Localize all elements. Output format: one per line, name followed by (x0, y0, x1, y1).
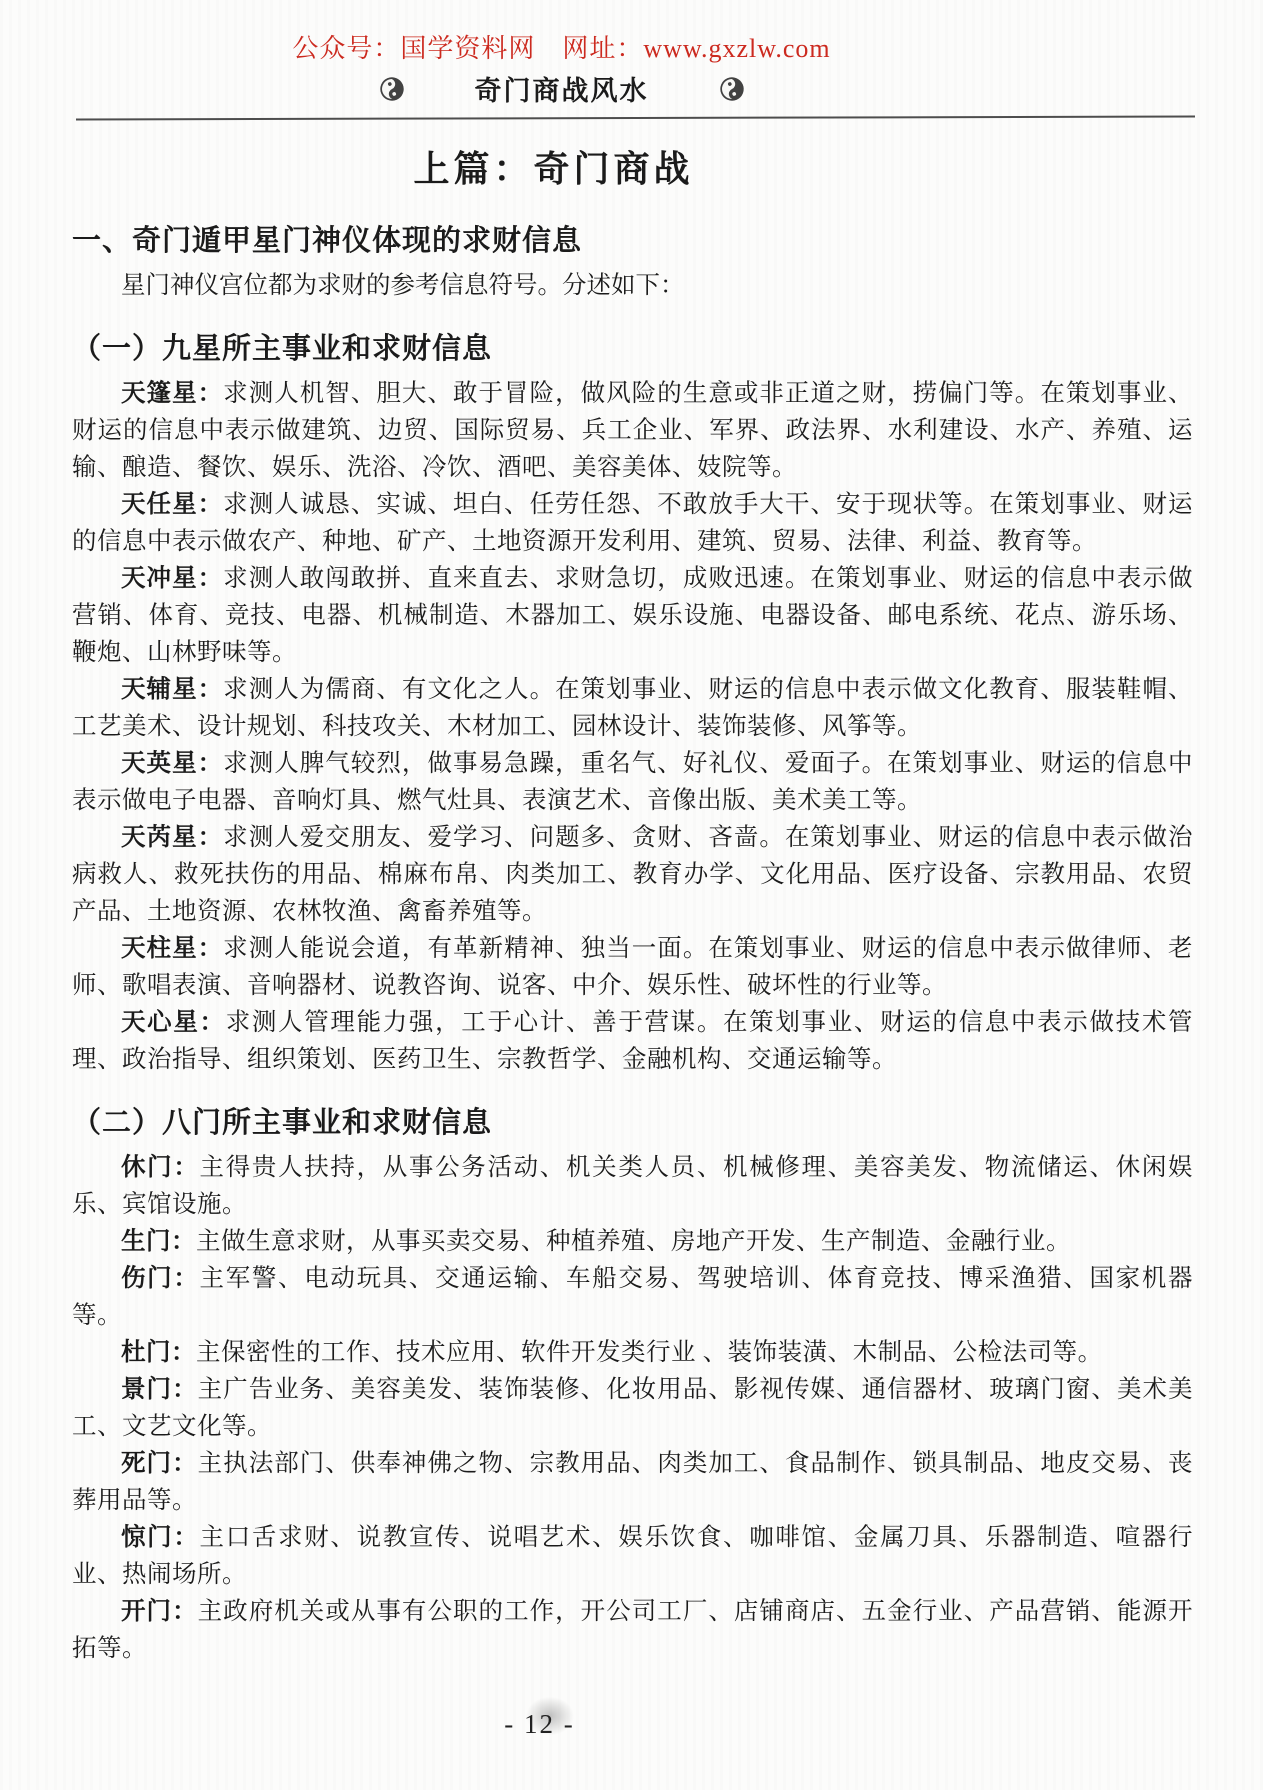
door-entry-term: 杜门： (121, 1339, 196, 1366)
star-entry-text: 求测人管理能力强，工于心计、善于营谋。在策划事业、财运的信息中表示做技术管理、政… (72, 1009, 1193, 1073)
star-entry-paragraph: 天辅星：求测人为儒商、有文化之人。在策划事业、财运的信息中表示做文化教育、服装鞋… (72, 671, 1193, 745)
door-entry-term: 休门： (121, 1154, 200, 1181)
door-entry-text: 主执法部门、供奉神佛之物、宗教用品、肉类加工、食品制作、锁具制品、地皮交易、丧葬… (72, 1450, 1193, 1514)
door-entry-text: 主军警、电动玩具、交通运输、车船交易、驾驶培训、体育竞技、博采渔猎、国家机器等。 (72, 1265, 1193, 1329)
star-entry-term: 天心星： (121, 1009, 226, 1036)
star-entry-text: 求测人为儒商、有文化之人。在策划事业、财运的信息中表示做文化教育、服装鞋帽、工艺… (72, 676, 1193, 740)
star-entry-term: 天任星： (121, 491, 223, 518)
door-entry-paragraph: 死门：主执法部门、供奉神佛之物、宗教用品、肉类加工、食品制作、锁具制品、地皮交易… (72, 1445, 1193, 1519)
star-entry-term: 天篷星： (121, 380, 223, 407)
subsection-doors-heading: （二）八门所主事业和求财信息 (72, 1100, 1193, 1141)
door-entry-paragraph: 生门：主做生意求财，从事买卖交易、种植养殖、房地产开发、生产制造、金融行业。 (72, 1223, 1193, 1260)
star-entry-term: 天芮星： (121, 824, 223, 851)
section-1-heading: 一、奇门遁甲星门神仪体现的求财信息 (72, 218, 1193, 259)
door-entry-text: 主政府机关或从事有公职的工作，开公司工厂、店铺商店、五金行业、产品营销、能源开拓… (72, 1598, 1193, 1662)
header-divider (76, 116, 1195, 121)
document-page: 公众号：国学资料网 网址：www.gxzlw.com 奇门商战风水 上篇：奇门商… (0, 0, 1263, 1790)
door-entry-paragraph: 开门：主政府机关或从事有公职的工作，开公司工厂、店铺商店、五金行业、产品营销、能… (72, 1593, 1193, 1667)
door-entry-text: 主得贵人扶持，从事公务活动、机关类人员、机械修理、美容美发、物流储运、休闲娱乐、… (72, 1154, 1193, 1218)
star-entries: 天篷星：求测人机智、胆大、敢于冒险，做风险的生意或非正道之财，捞偏门等。在策划事… (72, 375, 1193, 1078)
star-entry-text: 求测人爱交朋友、爱学习、问题多、贪财、吝啬。在策划事业、财运的信息中表示做治病救… (72, 824, 1193, 925)
door-entry-paragraph: 杜门：主保密性的工作、技术应用、软件开发类行业 、装饰装潢、木制品、公检法司等。 (72, 1334, 1193, 1371)
door-entry-term: 惊门： (121, 1524, 200, 1551)
star-entry-term: 天辅星： (121, 676, 223, 703)
page-content: 一、奇门遁甲星门神仪体现的求财信息 星门神仪宫位都为求财的参考信息符号。分述如下… (0, 218, 1263, 1667)
door-entry-term: 生门： (121, 1228, 196, 1255)
page-footer: - 12 - (0, 1709, 1171, 1740)
yinyang-icon-right (719, 76, 745, 102)
subsection-stars-heading: （一）九星所主事业和求财信息 (72, 326, 1193, 367)
door-entries: 休门：主得贵人扶持，从事公务活动、机关类人员、机械修理、美容美发、物流储运、休闲… (72, 1149, 1193, 1667)
door-entry-term: 伤门： (121, 1265, 200, 1292)
section-intro: 星门神仪宫位都为求财的参考信息符号。分述如下： (72, 267, 1193, 304)
star-entry-term: 天柱星： (121, 935, 223, 962)
star-entry-paragraph: 天柱星：求测人能说会道，有革新精神、独当一面。在策划事业、财运的信息中表示做律师… (72, 930, 1193, 1004)
star-entry-text: 求测人脾气较烈，做事易急躁，重名气、好礼仪、爱面子。在策划事业、财运的信息中表示… (72, 750, 1193, 814)
door-entry-paragraph: 景门：主广告业务、美容美发、装饰装修、化妆用品、影视传媒、通信器材、玻璃门窗、美… (72, 1371, 1193, 1445)
page-number: - 12 - (504, 1709, 574, 1739)
promo-line: 公众号：国学资料网 网址：www.gxzlw.com (0, 28, 1193, 65)
main-title: 上篇：奇门商战 (0, 141, 1185, 192)
door-entry-paragraph: 惊门：主口舌求财、说教宣传、说唱艺术、娱乐饮食、咖啡馆、金属刀具、乐器制造、喧器… (72, 1519, 1193, 1593)
door-entry-paragraph: 伤门：主军警、电动玩具、交通运输、车船交易、驾驶培训、体育竞技、博采渔猎、国家机… (72, 1260, 1193, 1334)
door-entry-term: 死门： (121, 1450, 198, 1477)
star-entry-text: 求测人诚恳、实诚、坦白、任劳任怨、不敢放手大干、安于现状等。在策划事业、财运的信… (72, 491, 1193, 555)
book-title-row: 奇门商战风水 (0, 69, 1193, 108)
star-entry-paragraph: 天冲星：求测人敢闯敢拼、直来直去、求财急切，成败迅速。在策划事业、财运的信息中表… (72, 560, 1193, 671)
door-entry-text: 主口舌求财、说教宣传、说唱艺术、娱乐饮食、咖啡馆、金属刀具、乐器制造、喧器行业、… (72, 1524, 1193, 1588)
star-entry-text: 求测人机智、胆大、敢于冒险，做风险的生意或非正道之财，捞偏门等。在策划事业、财运… (72, 380, 1193, 481)
star-entry-term: 天冲星： (121, 565, 223, 592)
door-entry-text: 主保密性的工作、技术应用、软件开发类行业 、装饰装潢、木制品、公检法司等。 (196, 1339, 1103, 1366)
star-entry-paragraph: 天英星：求测人脾气较烈，做事易急躁，重名气、好礼仪、爱面子。在策划事业、财运的信… (72, 745, 1193, 819)
book-title: 奇门商战风水 (475, 69, 649, 108)
door-entry-text: 主做生意求财，从事买卖交易、种植养殖、房地产开发、生产制造、金融行业。 (196, 1228, 1071, 1255)
star-entry-paragraph: 天篷星：求测人机智、胆大、敢于冒险，做风险的生意或非正道之财，捞偏门等。在策划事… (72, 375, 1193, 486)
star-entry-paragraph: 天芮星：求测人爱交朋友、爱学习、问题多、贪财、吝啬。在策划事业、财运的信息中表示… (72, 819, 1193, 930)
door-entry-paragraph: 休门：主得贵人扶持，从事公务活动、机关类人员、机械修理、美容美发、物流储运、休闲… (72, 1149, 1193, 1223)
star-entry-paragraph: 天心星：求测人管理能力强，工于心计、善于营谋。在策划事业、财运的信息中表示做技术… (72, 1004, 1193, 1078)
star-entry-text: 求测人敢闯敢拼、直来直去、求财急切，成败迅速。在策划事业、财运的信息中表示做营销… (72, 565, 1193, 666)
door-entry-term: 景门： (121, 1376, 198, 1403)
star-entry-term: 天英星： (121, 750, 223, 777)
star-entry-text: 求测人能说会道，有革新精神、独当一面。在策划事业、财运的信息中表示做律师、老师、… (72, 935, 1193, 999)
door-entry-text: 主广告业务、美容美发、装饰装修、化妆用品、影视传媒、通信器材、玻璃门窗、美术美工… (72, 1376, 1193, 1440)
door-entry-term: 开门： (121, 1598, 198, 1625)
star-entry-paragraph: 天任星：求测人诚恳、实诚、坦白、任劳任怨、不敢放手大干、安于现状等。在策划事业、… (72, 486, 1193, 560)
yinyang-icon-left (379, 76, 405, 102)
